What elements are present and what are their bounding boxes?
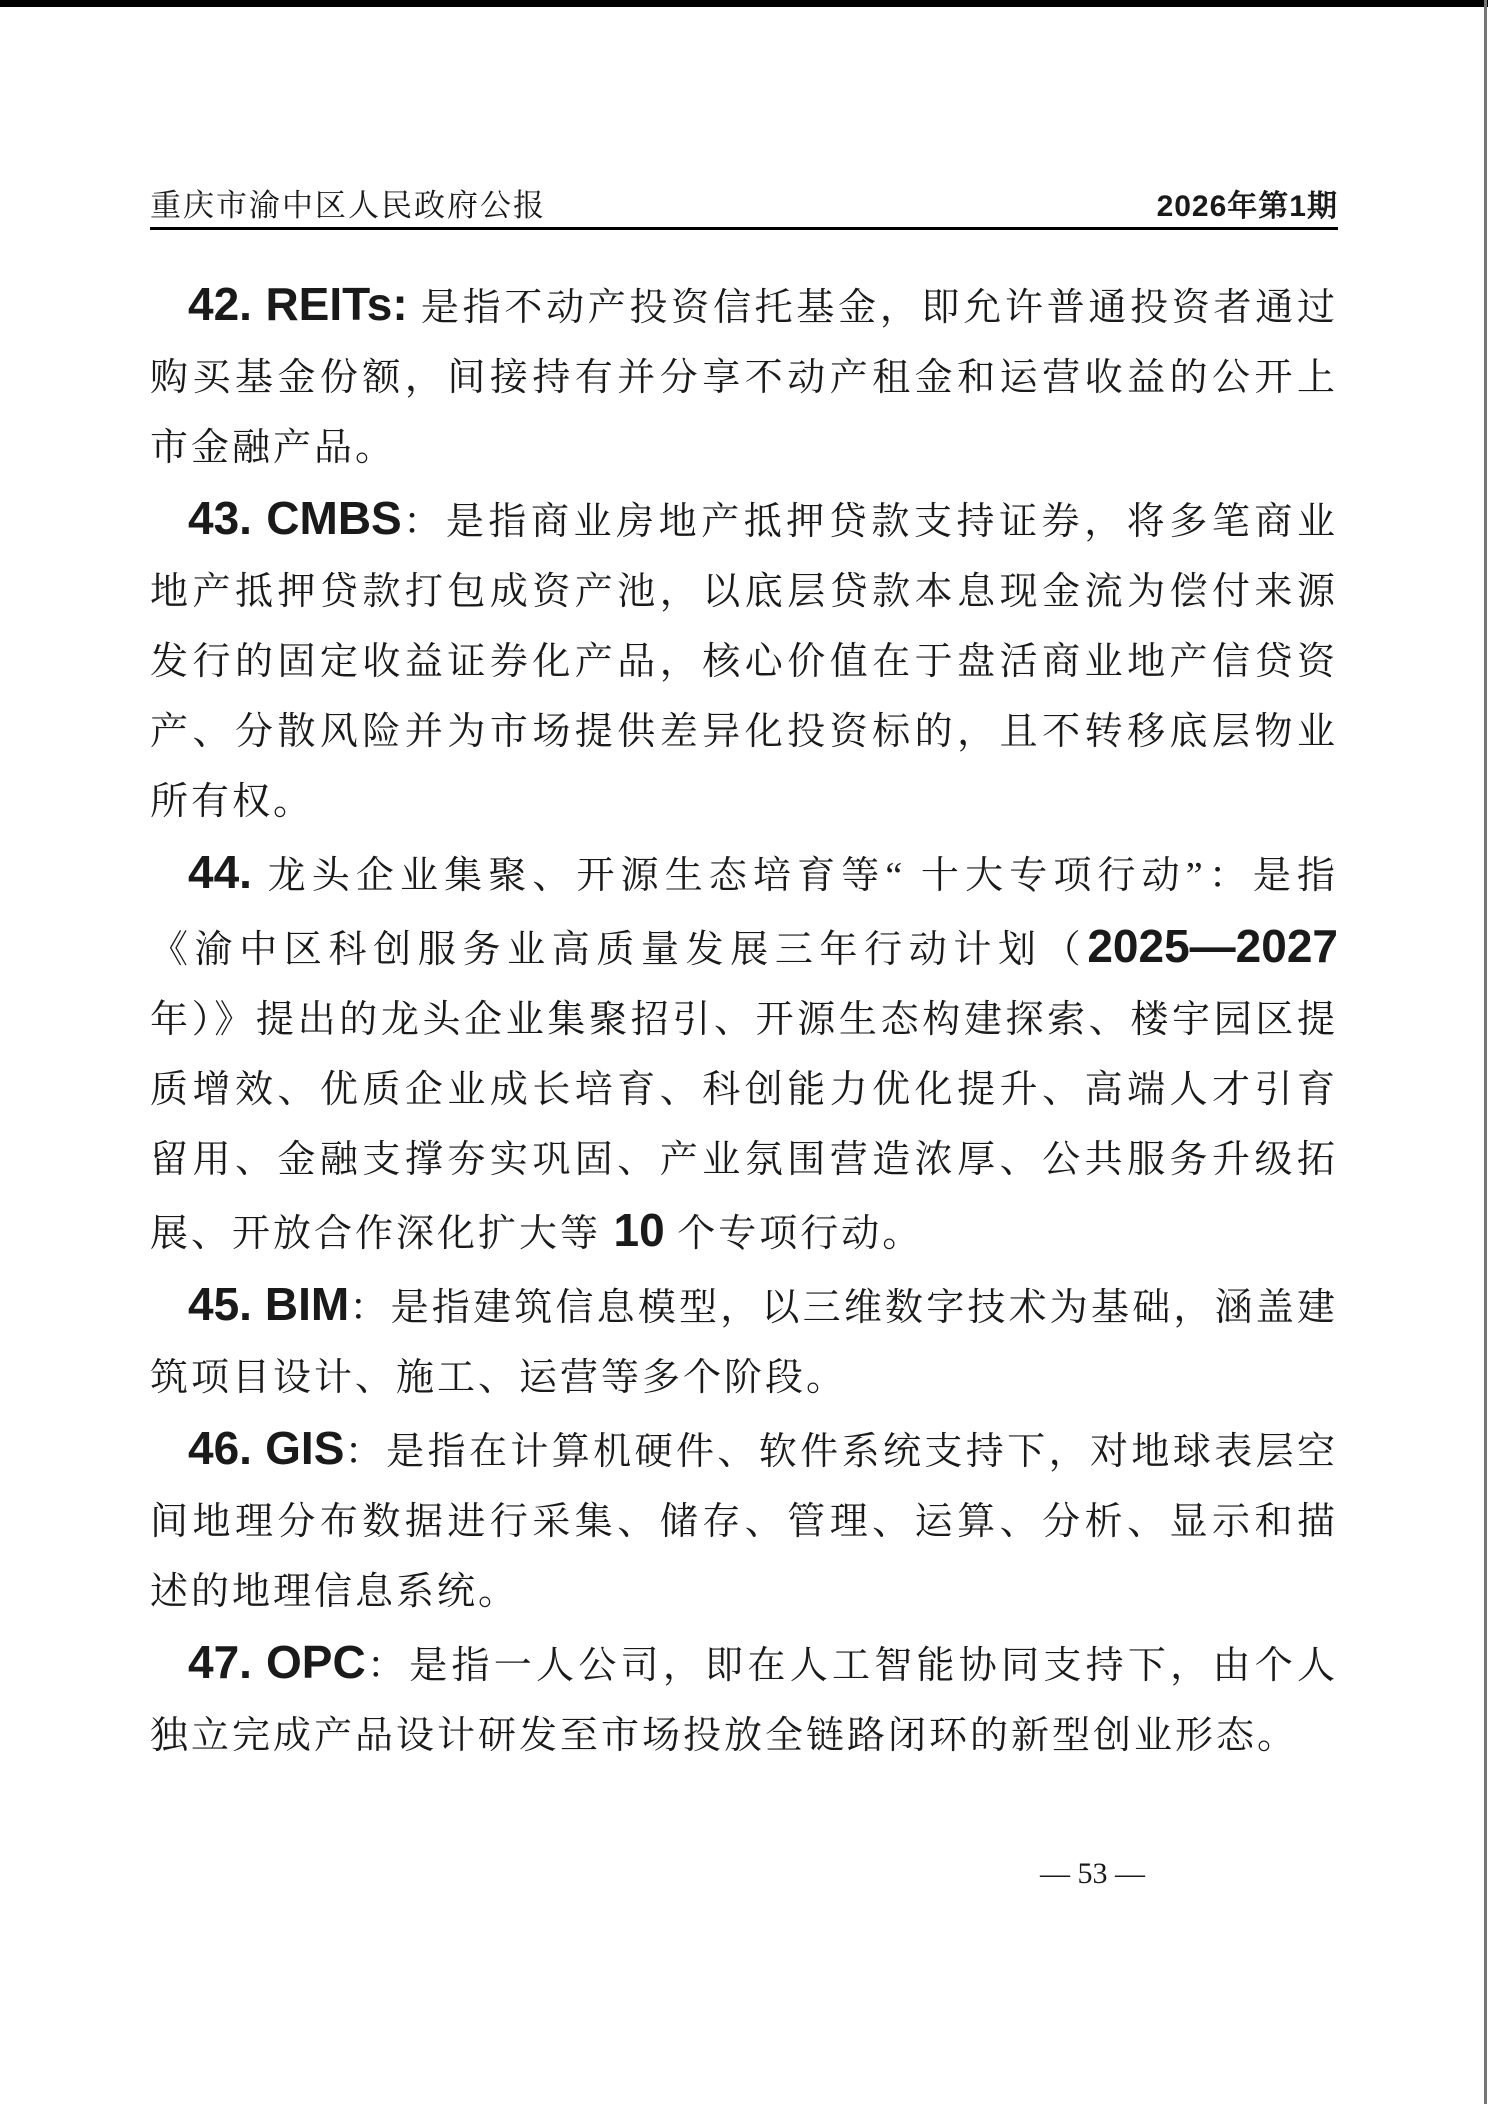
footer-page-number: — 53 — bbox=[1040, 1857, 1145, 1891]
scan-edge-right bbox=[1484, 0, 1487, 2104]
paragraph: 43. CMBS：是指商业房地产抵押贷款支持证券，将多笔商业地产抵押贷款打包成资… bbox=[150, 483, 1338, 837]
scan-edge-top bbox=[0, 0, 1488, 7]
text-run: 个专项行动。 bbox=[665, 1213, 924, 1255]
text-run: 46. GIS bbox=[188, 1422, 344, 1474]
text-run: 44. bbox=[188, 846, 252, 898]
text-run: ：是指商业房地产抵押贷款支持证券，将多笔商业地产抵押贷款打包成资产池，以底层贷款… bbox=[150, 501, 1338, 823]
text-run: 45. BIM bbox=[188, 1278, 349, 1330]
gazette-title: 重庆市渝中区人民政府公报 bbox=[150, 180, 546, 225]
gazette-page: 重庆市渝中区人民政府公报 2026年第1期 42. REITs: 是指不动产投资… bbox=[0, 0, 1488, 2104]
paragraph: 47. OPC：是指一人公司，即在人工智能协同支持下，由个人独立完成产品设计研发… bbox=[150, 1627, 1338, 1771]
paragraph: 46. GIS：是指在计算机硬件、软件系统支持下，对地球表层空间地理分布数据进行… bbox=[150, 1413, 1338, 1627]
body-text: 42. REITs: 是指不动产投资信托基金，即允许普通投资者通过购买基金份额，… bbox=[150, 269, 1338, 1771]
paragraph: 44. 龙头企业集聚、开源生态培育等“ 十大专项行动”：是指《渝中区科创服务业高… bbox=[150, 837, 1338, 1269]
text-run: 47. OPC bbox=[188, 1636, 366, 1688]
paragraph: 42. REITs: 是指不动产投资信托基金，即允许普通投资者通过购买基金份额，… bbox=[150, 269, 1338, 483]
page-header: 重庆市渝中区人民政府公报 2026年第1期 bbox=[150, 180, 1338, 225]
issue-label: 2026年第1期 bbox=[1157, 181, 1338, 225]
text-run: 2025—2027 bbox=[1087, 920, 1338, 972]
text-run: 42. REITs: bbox=[188, 278, 408, 330]
text-run: 10 bbox=[614, 1204, 665, 1256]
paragraph: 45. BIM：是指建筑信息模型，以三维数字技术为基础，涵盖建筑项目设计、施工、… bbox=[150, 1269, 1338, 1413]
text-run: 43. CMBS bbox=[188, 492, 402, 544]
header-rule bbox=[150, 227, 1338, 230]
